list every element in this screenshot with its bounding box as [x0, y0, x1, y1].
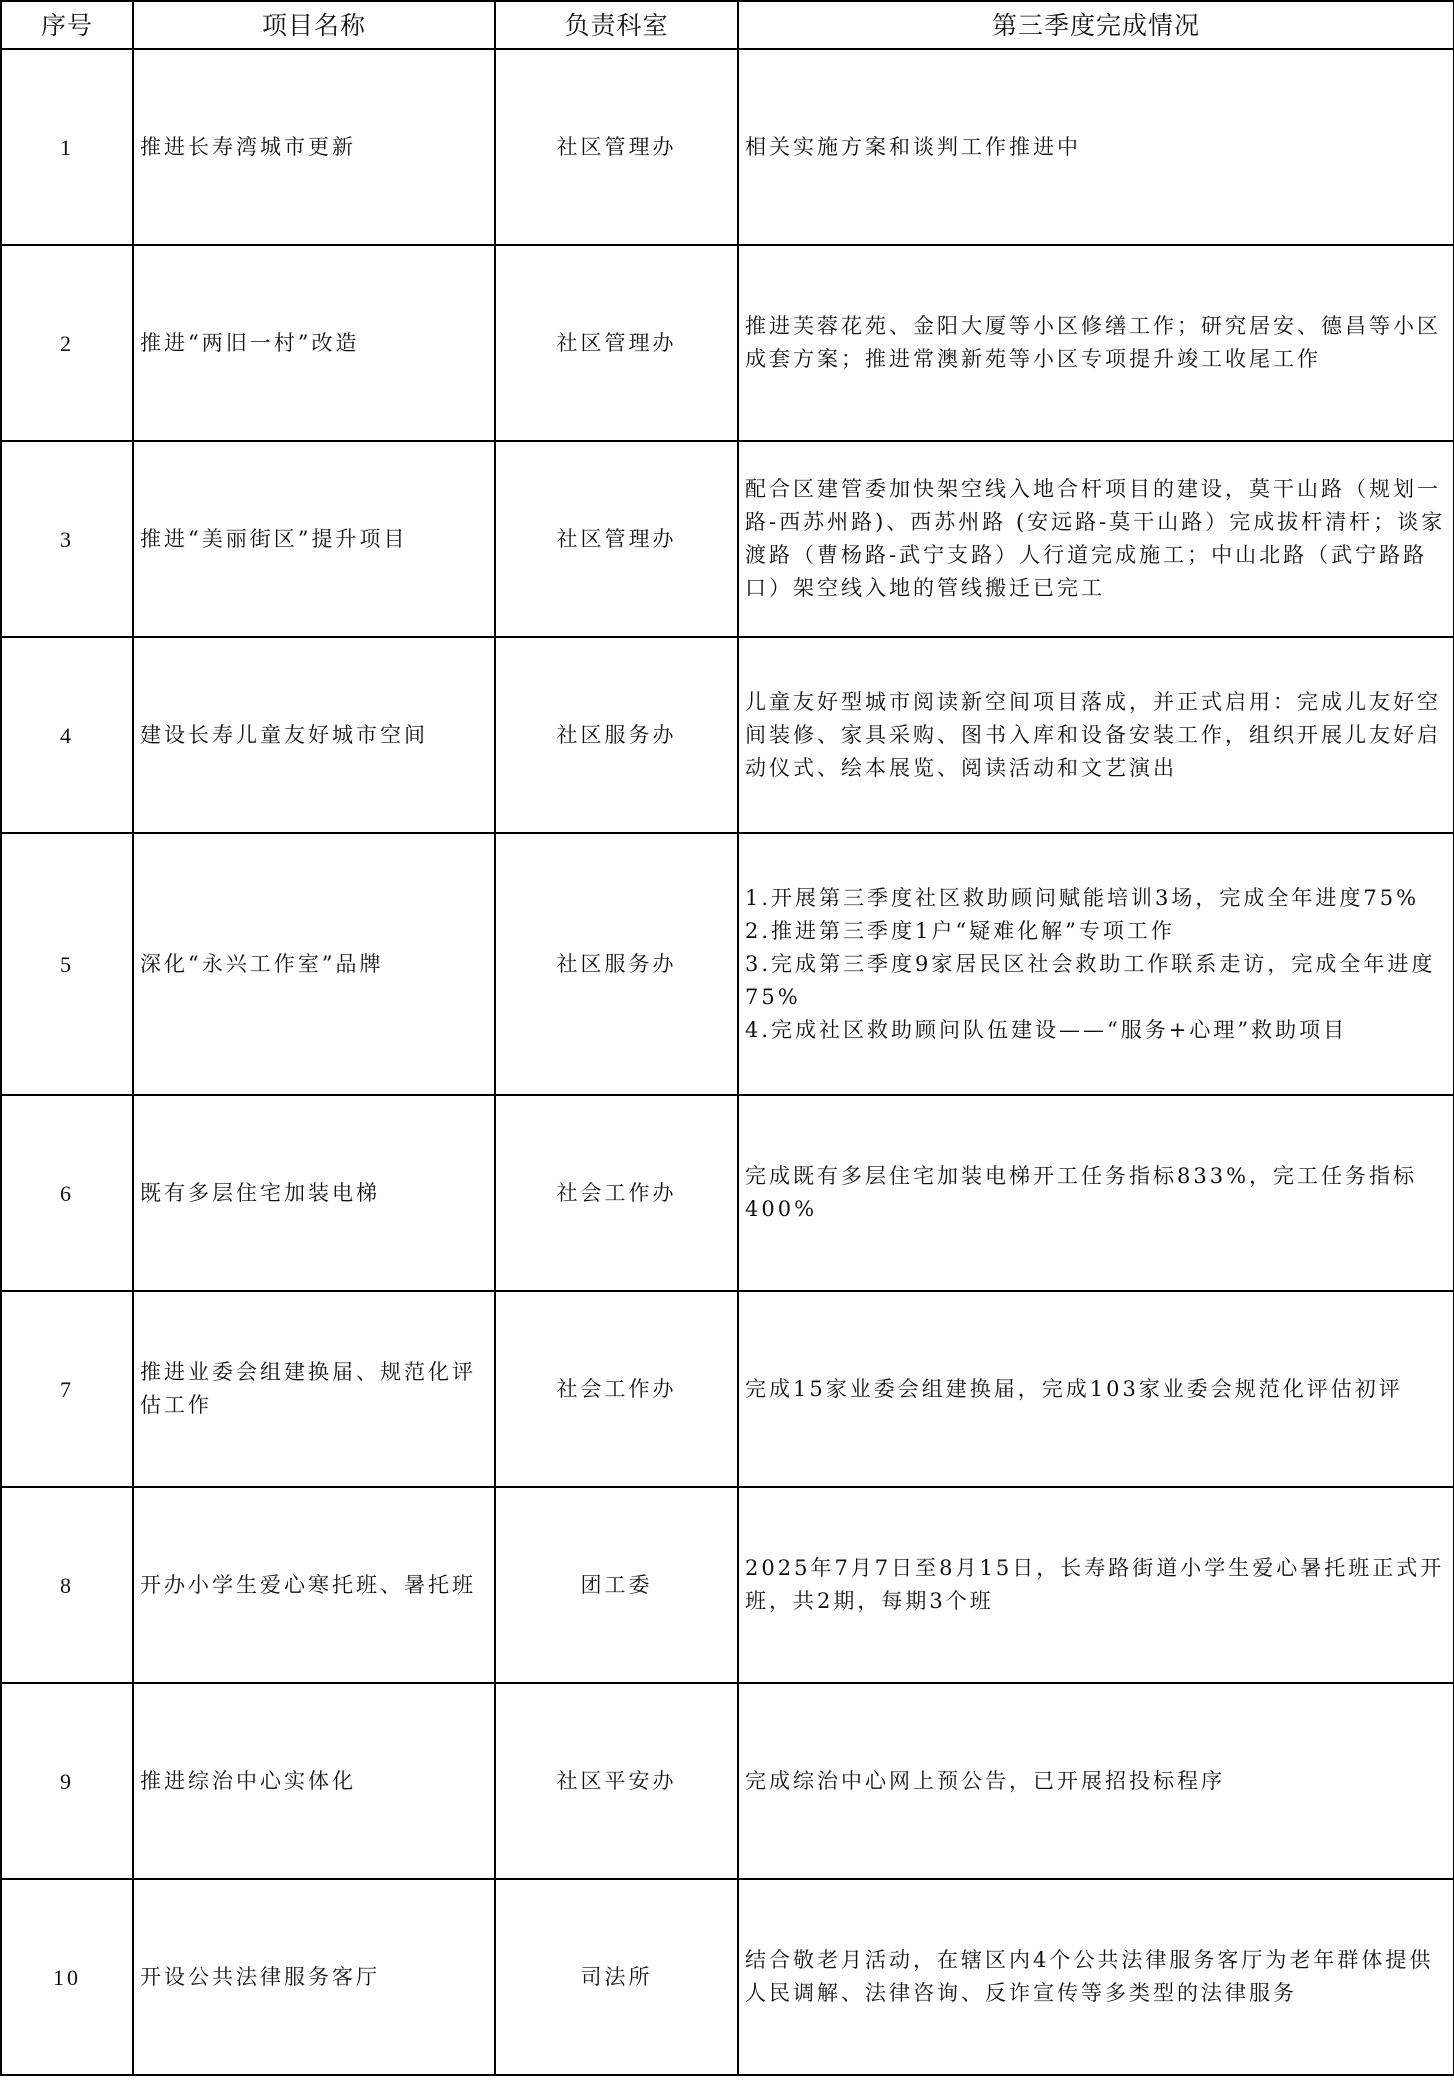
status-item: 3.完成第三季度9家居民区社会救助工作联系走访，完成全年进度75%	[745, 948, 1447, 1014]
row-number: 6	[1, 1095, 133, 1291]
department: 社区服务办	[495, 833, 738, 1095]
row-number: 8	[1, 1487, 133, 1683]
row-number: 5	[1, 833, 133, 1095]
project-name: 推进“美丽街区”提升项目	[133, 441, 495, 637]
table-row: 10 开设公共法律服务客厅 司法所 结合敬老月活动，在辖区内4个公共法律服务客厅…	[1, 1879, 1454, 2075]
department: 社区服务办	[495, 637, 738, 833]
project-name: 推进综治中心实体化	[133, 1683, 495, 1879]
row-number: 1	[1, 49, 133, 245]
row-number: 7	[1, 1291, 133, 1487]
q3-status: 结合敬老月活动，在辖区内4个公共法律服务客厅为老年群体提供人民调解、法律咨询、反…	[738, 1879, 1454, 2075]
project-name: 开办小学生爱心寒托班、暑托班	[133, 1487, 495, 1683]
header-q3-status: 第三季度完成情况	[738, 1, 1454, 49]
department: 社区平安办	[495, 1683, 738, 1879]
status-item: 4.完成社区救助顾问队伍建设——“服务+心理”救助项目	[745, 1014, 1447, 1047]
table-row: 5 深化“永兴工作室”品牌 社区服务办 1.开展第三季度社区救助顾问赋能培训3场…	[1, 833, 1454, 1095]
table-row: 3 推进“美丽街区”提升项目 社区管理办 配合区建管委加快架空线入地合杆项目的建…	[1, 441, 1454, 637]
q3-status: 相关实施方案和谈判工作推进中	[738, 49, 1454, 245]
department: 社区管理办	[495, 441, 738, 637]
table-row: 2 推进“两旧一村”改造 社区管理办 推进芙蓉花苑、金阳大厦等小区修缮工作；研究…	[1, 245, 1454, 441]
header-project-name: 项目名称	[133, 1, 495, 49]
q3-status: 完成既有多层住宅加装电梯开工任务指标833%，完工任务指标400%	[738, 1095, 1454, 1291]
department: 社区管理办	[495, 49, 738, 245]
q3-status: 推进芙蓉花苑、金阳大厦等小区修缮工作；研究居安、德昌等小区成套方案；推进常澳新苑…	[738, 245, 1454, 441]
header-no: 序号	[1, 1, 133, 49]
project-name: 既有多层住宅加装电梯	[133, 1095, 495, 1291]
q3-status: 完成15家业委会组建换届，完成103家业委会规范化评估初评	[738, 1291, 1454, 1487]
table-header-row: 序号 项目名称 负责科室 第三季度完成情况	[1, 1, 1454, 49]
q3-status: 配合区建管委加快架空线入地合杆项目的建设，莫干山路（规划一路-西苏州路)、西苏州…	[738, 441, 1454, 637]
header-department: 负责科室	[495, 1, 738, 49]
project-name: 推进“两旧一村”改造	[133, 245, 495, 441]
department: 团工委	[495, 1487, 738, 1683]
project-name: 推进业委会组建换届、规范化评估工作	[133, 1291, 495, 1487]
table-row: 8 开办小学生爱心寒托班、暑托班 团工委 2025年7月7日至8月15日，长寿路…	[1, 1487, 1454, 1683]
row-number: 2	[1, 245, 133, 441]
department: 社区管理办	[495, 245, 738, 441]
table-row: 6 既有多层住宅加装电梯 社会工作办 完成既有多层住宅加装电梯开工任务指标833…	[1, 1095, 1454, 1291]
project-name: 建设长寿儿童友好城市空间	[133, 637, 495, 833]
row-number: 10	[1, 1879, 133, 2075]
department: 社会工作办	[495, 1095, 738, 1291]
table-row: 1 推进长寿湾城市更新 社区管理办 相关实施方案和谈判工作推进中	[1, 49, 1454, 245]
project-name: 深化“永兴工作室”品牌	[133, 833, 495, 1095]
q3-status: 儿童友好型城市阅读新空间项目落成，并正式启用：完成儿友好空间装修、家具采购、图书…	[738, 637, 1454, 833]
q3-status: 1.开展第三季度社区救助顾问赋能培训3场，完成全年进度75% 2.推进第三季度1…	[738, 833, 1454, 1095]
status-item: 2.推进第三季度1户“疑难化解”专项工作	[745, 915, 1447, 948]
row-number: 4	[1, 637, 133, 833]
table-row: 7 推进业委会组建换届、规范化评估工作 社会工作办 完成15家业委会组建换届，完…	[1, 1291, 1454, 1487]
row-number: 9	[1, 1683, 133, 1879]
table-row: 9 推进综治中心实体化 社区平安办 完成综治中心网上预公告，已开展招投标程序	[1, 1683, 1454, 1879]
q3-status: 2025年7月7日至8月15日，长寿路街道小学生爱心暑托班正式开班，共2期，每期…	[738, 1487, 1454, 1683]
status-item: 1.开展第三季度社区救助顾问赋能培训3场，完成全年进度75%	[745, 882, 1447, 915]
table-row: 4 建设长寿儿童友好城市空间 社区服务办 儿童友好型城市阅读新空间项目落成，并正…	[1, 637, 1454, 833]
project-name: 开设公共法律服务客厅	[133, 1879, 495, 2075]
progress-table: 序号 项目名称 负责科室 第三季度完成情况 1 推进长寿湾城市更新 社区管理办 …	[0, 0, 1454, 2076]
department: 社会工作办	[495, 1291, 738, 1487]
project-name: 推进长寿湾城市更新	[133, 49, 495, 245]
department: 司法所	[495, 1879, 738, 2075]
row-number: 3	[1, 441, 133, 637]
q3-status: 完成综治中心网上预公告，已开展招投标程序	[738, 1683, 1454, 1879]
